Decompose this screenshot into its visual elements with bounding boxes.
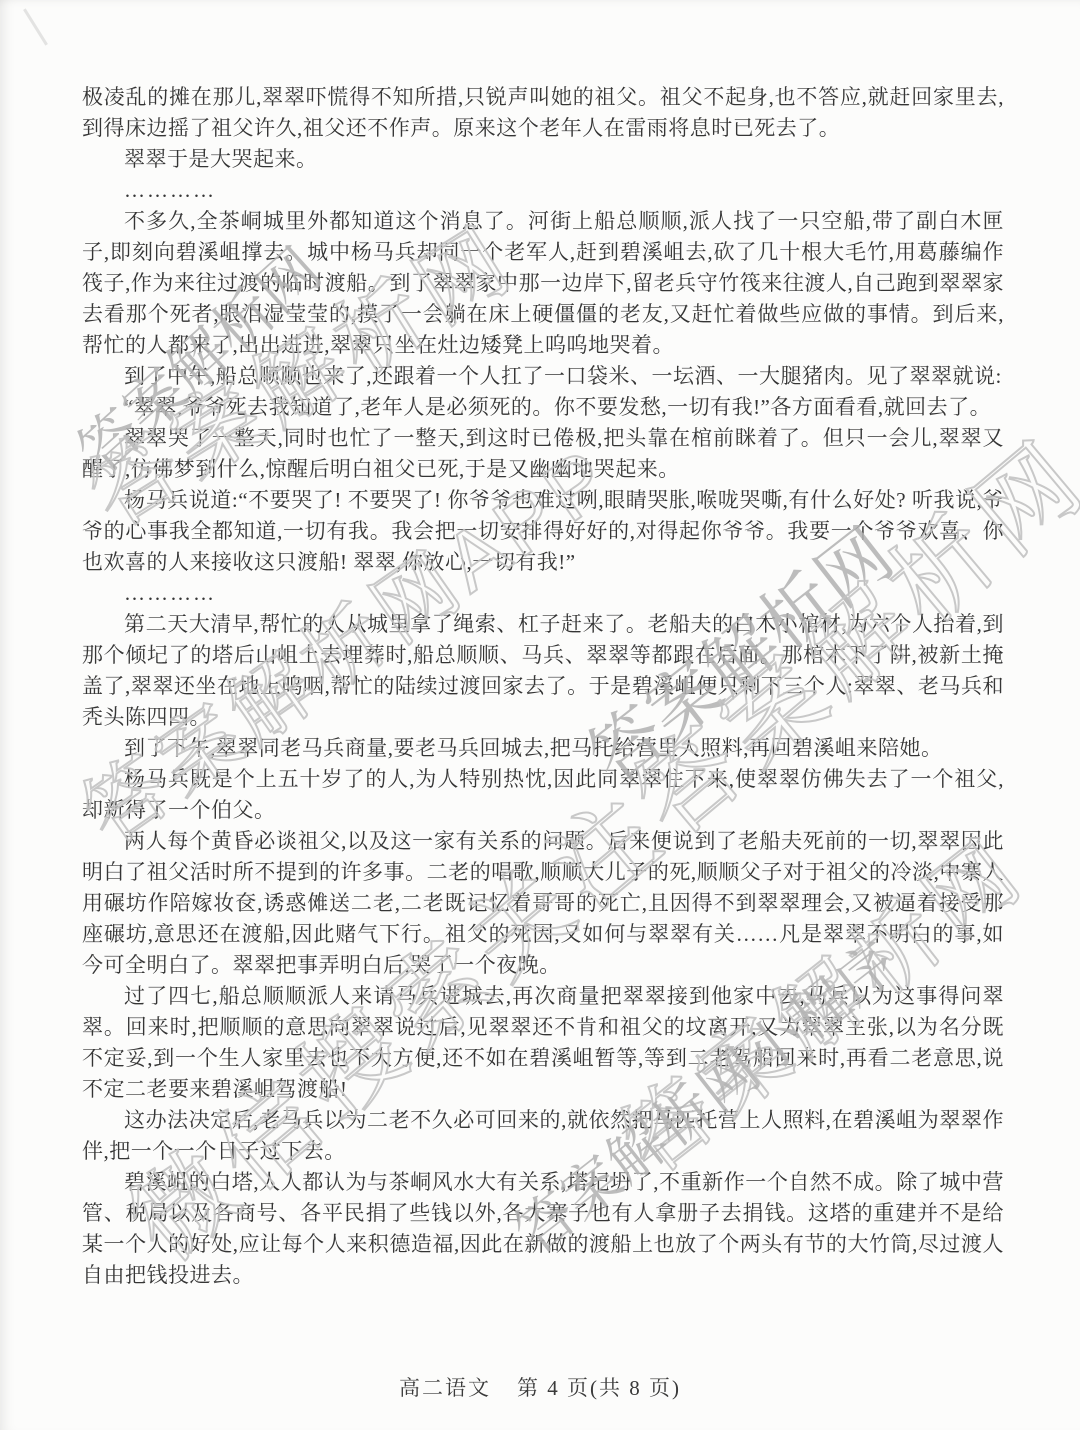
paragraph: 翠翠于是大哭起来。 [82, 144, 1004, 175]
page-footer: 高二语文第 4 页(共 8 页) [0, 1372, 1080, 1402]
paragraph: 两人每个黄昏必谈祖父,以及这一家有关系的问题。后来便说到了老船夫死前的一切,翠翠… [82, 826, 1004, 981]
paragraph: 这办法决定后,老马兵以为二老不久必可回来的,就依然把马匹托营上人照料,在碧溪岨为… [82, 1105, 1004, 1167]
paragraph: 过了四七,船总顺顺派人来请马兵进城去,再次商量把翠翠接到他家中去,马兵以为这事得… [82, 981, 1004, 1105]
paragraph: 不多久,全茶峒城里外都知道这个消息了。河街上船总顺顺,派人找了一只空船,带了副白… [82, 206, 1004, 361]
paragraph: 杨马兵既是个上五十岁了的人,为人特别热忱,因此同翠翠住下来,使翠翠仿佛失去了一个… [82, 764, 1004, 826]
paragraph: 杨马兵说道:“不要哭了! 不要哭了! 你爷爷也难过咧,眼睛哭胀,喉咙哭嘶,有什么… [82, 485, 1004, 578]
paragraph: “翠翠,爷爷死去我知道了,老年人是必须死的。你不要发愁,一切有我!”各方面看看,… [82, 392, 1004, 423]
footer-course-label: 高二语文 [399, 1376, 491, 1400]
paragraph: 碧溪岨的白塔,人人都认为与茶峒风水大有关系,塔圮坍了,不重新作一个自然不成。除了… [82, 1167, 1004, 1291]
paragraph: 极凌乱的摊在那儿,翠翠吓慌得不知所措,只锐声叫她的祖父。祖父不起身,也不答应,就… [82, 82, 1004, 144]
paragraph: 到了中午,船总顺顺也来了,还跟着一个人扛了一口袋米、一坛酒、一大腿猪肉。见了翠翠… [82, 361, 1004, 392]
ellipsis-paragraph: ………… [82, 578, 1004, 609]
ellipsis-paragraph: ………… [82, 175, 1004, 206]
paragraph: 到了下午,翠翠同老马兵商量,要老马兵回城去,把马托给营里人照料,再回碧溪岨来陪她… [82, 733, 1004, 764]
scanned-exam-page: 答案解析网 答案解析网 答案解析网APP 答案解析网 微信搜索关注答案解析网 答… [0, 0, 1080, 1430]
scan-artifact [23, 8, 48, 45]
passage-text: 极凌乱的摊在那儿,翠翠吓慌得不知所措,只锐声叫她的祖父。祖父不起身,也不答应,就… [82, 82, 1004, 1291]
paragraph: 第二天大清早,帮忙的人从城里拿了绳索、杠子赶来了。老船夫的白木小棺材,为六个人抬… [82, 609, 1004, 733]
paragraph: 翠翠哭了一整天,同时也忙了一整天,到这时已倦极,把头靠在棺前眯着了。但只一会儿,… [82, 423, 1004, 485]
footer-page-number: 第 4 页(共 8 页) [517, 1376, 681, 1400]
